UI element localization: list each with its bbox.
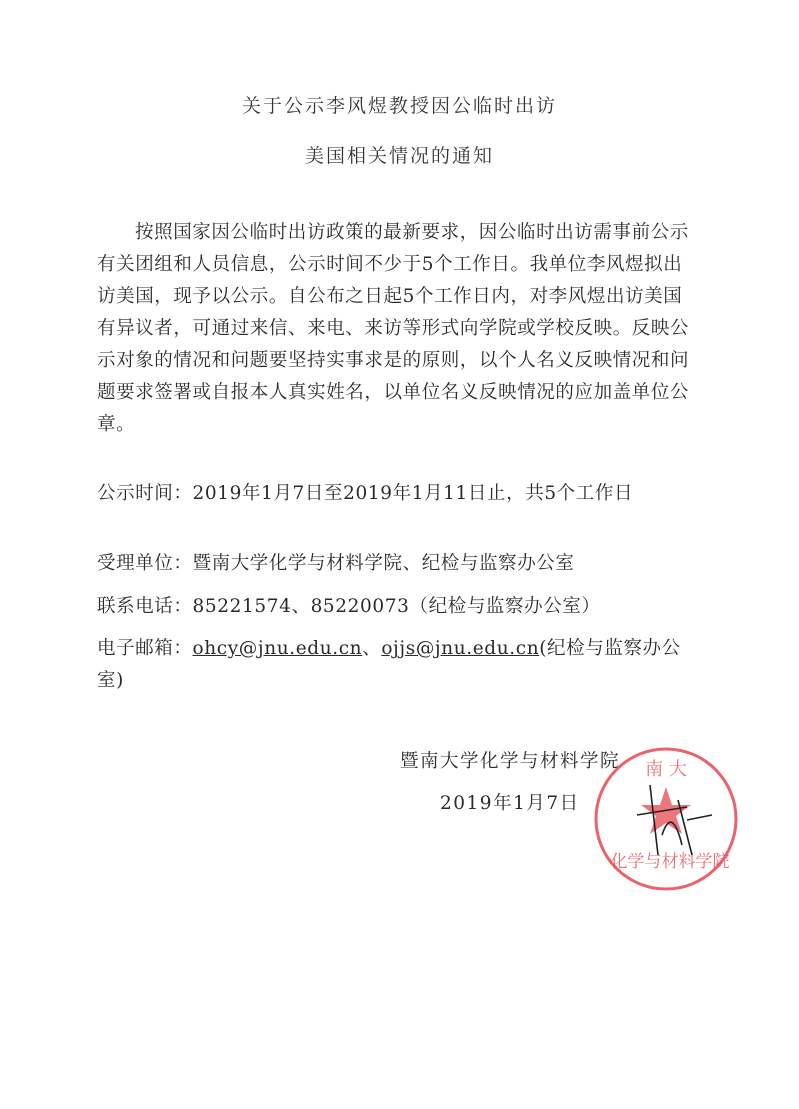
announcement-period: 公示时间：2019年1月7日至2019年1月11日止，共5个工作日 bbox=[97, 478, 697, 510]
handling-unit: 受理单位：暨南大学化学与材料学院、纪检与监察办公室 bbox=[97, 548, 697, 580]
stamp-top-text: 南 大 bbox=[645, 758, 687, 780]
contact-email: 电子邮箱：ohcy@jnu.edu.cn、ojjs@jnu.edu.cn(纪检与… bbox=[97, 633, 697, 697]
email-link-2[interactable]: ojjs@jnu.edu.cn bbox=[381, 638, 539, 659]
document-title-line1: 关于公示李风煜教授因公临时出访 bbox=[0, 91, 799, 118]
email-label: 电子邮箱： bbox=[97, 638, 193, 659]
signature-date: 2019年1月7日 bbox=[440, 789, 580, 815]
email-link-1[interactable]: ohcy@jnu.edu.cn bbox=[193, 638, 363, 659]
stamp-bottom-text: 化学与材料学院 bbox=[611, 852, 730, 872]
document-title-line2: 美国相关情况的通知 bbox=[0, 141, 799, 168]
body-paragraph: 按照国家因公临时出访政策的最新要求，因公临时出访需事前公示有关团组和人员信息，公… bbox=[97, 217, 697, 441]
official-seal-icon: 南 大 化学与材料学院 bbox=[592, 745, 740, 893]
signature-org: 暨南大学化学与材料学院 bbox=[400, 747, 620, 773]
contact-phone: 联系电话：85221574、85220073（纪检与监察办公室） bbox=[97, 591, 697, 623]
email-separator: 、 bbox=[362, 638, 381, 659]
